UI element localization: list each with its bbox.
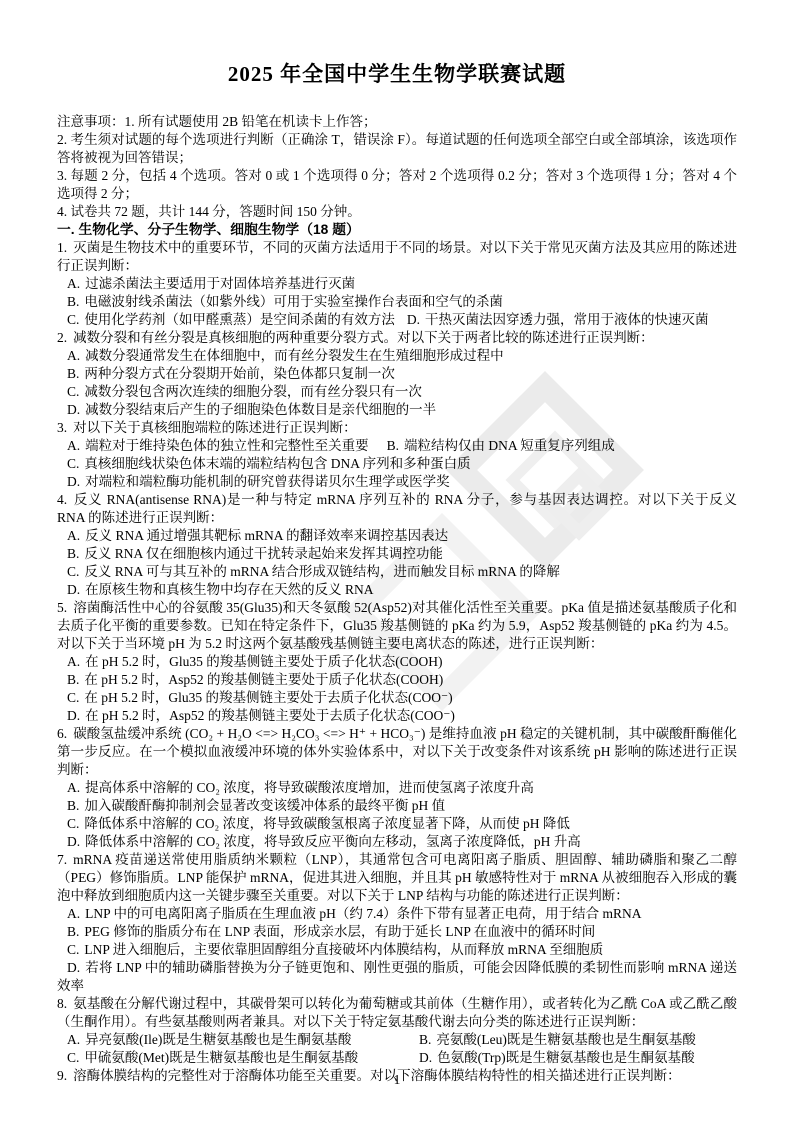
option-line: D.在 pH 5.2 时，Asp52 的羧基侧链主要处于去质子化状态(COO⁻): [57, 707, 737, 725]
question-number: 5.: [57, 600, 67, 615]
option-text: 异亮氨酸(Ile)既是生糖氨基酸也是生酮氨基酸: [85, 1032, 351, 1047]
question-8: 8.氨基酸在分解代谢过程中，其碳骨架可以转化为葡萄糖或其前体（生糖作用），或者转…: [57, 995, 737, 1067]
option-c: C.甲硫氨酸(Met)既是生糖氨基酸也是生酮氨基酸: [67, 1049, 419, 1067]
question-stem-text: mRNA 疫苗递送常使用脂质纳米颗粒（LNP），其通常包含可电离阳离子脂质、胆固…: [57, 852, 737, 903]
option-label: A.: [67, 438, 80, 453]
option-text: LNP 进入细胞后，主要依靠胆固醇组分直接破坏内体膜结构，从而释放 mRNA 至…: [84, 942, 603, 957]
option-text: 干热灭菌法因穿透力强，常用于液体的快速灭菌: [425, 312, 709, 327]
option-text: 过滤杀菌法主要适用于对固体培养基进行灭菌: [85, 276, 355, 291]
option-label: A.: [67, 906, 80, 921]
question-1: 1.灭菌是生物技术中的重要环节，不同的灭菌方法适用于不同的场景。对以下关于常见灭…: [57, 239, 737, 329]
option-label: C.: [67, 1050, 79, 1065]
option-label: B.: [67, 546, 79, 561]
option-label: A.: [67, 528, 80, 543]
option-text: PEG 修饰的脂质分布在 LNP 表面，形成亲水层，有助于延长 LNP 在血液中…: [84, 924, 595, 939]
question-6: 6.碳酸氢盐缓冲系统 (CO₂ + H₂O <=> H₂CO₃ <=> H⁺ +…: [57, 725, 737, 851]
option-text: 真核细胞线状染色体末端的端粒结构包含 DNA 序列和多种蛋白质: [84, 456, 470, 471]
question-7: 7.mRNA 疫苗递送常使用脂质纳米颗粒（LNP），其通常包含可电离阳离子脂质、…: [57, 851, 737, 995]
question-5: 5.溶菌酶活性中心的谷氨酸 35(Glu35)和天冬氨酸 52(Asp52)对其…: [57, 599, 737, 725]
option-text: 降低体系中溶解的 CO₂ 浓度，将导致碳酸氢根离子浓度显著下降，从而使 pH 降…: [84, 816, 569, 831]
option-label: D.: [407, 312, 420, 327]
option-text: 提高体系中溶解的 CO₂ 浓度，将导致碳酸浓度增加，进而使氢离子浓度升高: [85, 780, 534, 795]
option-text: 在 pH 5.2 时，Glu35 的羧基侧链主要处于去质子化状态(COO⁻): [84, 690, 452, 705]
option-label: B.: [67, 924, 79, 939]
option-label: A.: [67, 654, 80, 669]
option-label: B.: [67, 798, 79, 813]
option-label: D.: [67, 582, 80, 597]
question-stem: 8.氨基酸在分解代谢过程中，其碳骨架可以转化为葡萄糖或其前体（生糖作用），或者转…: [57, 995, 737, 1031]
notice-line-3: 3. 每题 2 分，包括 4 个选项。答对 0 或 1 个选项得 0 分；答对 …: [57, 167, 737, 203]
question-stem: 7.mRNA 疫苗递送常使用脂质纳米颗粒（LNP），其通常包含可电离阳离子脂质、…: [57, 851, 737, 905]
option-line: B.两种分裂方式在分裂期开始前，染色体都只复制一次: [57, 365, 737, 383]
option-label: D.: [67, 474, 80, 489]
option-line: B.反义 RNA 仅在细胞核内通过干扰转录起始来发挥其调控功能: [57, 545, 737, 563]
option-line: D.在原核生物和真核生物中均存在天然的反义 RNA: [57, 581, 737, 599]
question-4: 4.反义 RNA(antisense RNA)是一种与特定 mRNA 序列互补的…: [57, 491, 737, 599]
option-label: C.: [67, 312, 79, 327]
option-label: D.: [67, 708, 80, 723]
option-text: LNP 中的可电离阳离子脂质在生理血液 pH（约 7.4）条件下带有显著正电荷，…: [85, 906, 641, 921]
option-line: A.端粒对于维持染色体的独立性和完整性至关重要B.端粒结构仅由 DNA 短重复序…: [57, 437, 737, 455]
option-text: 端粒对于维持染色体的独立性和完整性至关重要: [85, 438, 369, 453]
option-line: B.在 pH 5.2 时，Asp52 的羧基侧链主要处于质子化状态(COOH): [57, 671, 737, 689]
option-label: C.: [67, 384, 79, 399]
option-text: 反义 RNA 通过增强其靶标 mRNA 的翻译效率来调控基因表达: [85, 528, 448, 543]
question-number: 8.: [57, 996, 67, 1011]
option-text: 在原核生物和真核生物中均存在天然的反义 RNA: [85, 582, 373, 597]
option-label: C.: [67, 690, 79, 705]
option-line: B.PEG 修饰的脂质分布在 LNP 表面，形成亲水层，有助于延长 LNP 在血…: [57, 923, 737, 941]
question-stem-text: 减数分裂和有丝分裂是真核细胞的两种重要分裂方式。对以下关于两者比较的陈述进行正误…: [73, 330, 654, 345]
question-stem: 2.减数分裂和有丝分裂是真核细胞的两种重要分裂方式。对以下关于两者比较的陈述进行…: [57, 329, 737, 347]
option-d: D.干热灭菌法因穿透力强，常用于液体的快速灭菌: [407, 312, 709, 327]
option-line: D.降低体系中溶解的 CO₂ 浓度，将导致反应平衡向左移动，氢离子浓度降低，pH…: [57, 833, 737, 851]
option-text: 反义 RNA 可与其互补的 mRNA 结合形成双链结构，进而触发目标 mRNA …: [84, 564, 560, 579]
option-line: B.电磁波射线杀菌法（如紫外线）可用于实验室操作台表面和空气的杀菌: [57, 293, 737, 311]
question-3: 3.对以下关于真核细胞端粒的陈述进行正误判断： A.端粒对于维持染色体的独立性和…: [57, 419, 737, 491]
page-number: 1: [0, 1072, 794, 1088]
notice-line-4: 4. 试卷共 72 题，共计 144 分，答题时间 150 分钟。: [57, 203, 737, 221]
question-stem: 3.对以下关于真核细胞端粒的陈述进行正误判断：: [57, 419, 737, 437]
option-label: D.: [67, 834, 80, 849]
question-stem-text: 氨基酸在分解代谢过程中，其碳骨架可以转化为葡萄糖或其前体（生糖作用），或者转化为…: [57, 996, 737, 1029]
question-number: 4.: [57, 492, 67, 507]
option-text: 两种分裂方式在分裂期开始前，染色体都只复制一次: [84, 366, 395, 381]
option-text: 在 pH 5.2 时，Asp52 的羧基侧链主要处于质子化状态(COOH): [84, 672, 443, 687]
option-line: A.过滤杀菌法主要适用于对固体培养基进行灭菌: [57, 275, 737, 293]
question-stem: 5.溶菌酶活性中心的谷氨酸 35(Glu35)和天冬氨酸 52(Asp52)对其…: [57, 599, 737, 653]
option-line: C.减数分裂包含两次连续的细胞分裂，而有丝分裂只有一次: [57, 383, 737, 401]
question-stem: 6.碳酸氢盐缓冲系统 (CO₂ + H₂O <=> H₂CO₃ <=> H⁺ +…: [57, 725, 737, 779]
option-label: A.: [67, 348, 80, 363]
option-line: A.异亮氨酸(Ile)既是生糖氨基酸也是生酮氨基酸B.亮氨酸(Leu)既是生糖氨…: [57, 1031, 737, 1049]
question-stem-text: 反义 RNA(antisense RNA)是一种与特定 mRNA 序列互补的 R…: [57, 492, 737, 525]
document-content: 2025 年全国中学生生物学联赛试题 注意事项：1. 所有试题使用 2B 铅笔在…: [0, 0, 794, 1085]
option-label: A.: [67, 276, 80, 291]
option-label: A.: [67, 780, 80, 795]
option-label: C.: [67, 816, 79, 831]
option-text: 电磁波射线杀菌法（如紫外线）可用于实验室操作台表面和空气的杀菌: [84, 294, 503, 309]
option-line: C.降低体系中溶解的 CO₂ 浓度，将导致碳酸氢根离子浓度显著下降，从而使 pH…: [57, 815, 737, 833]
option-label: B.: [387, 438, 399, 453]
option-label: D.: [419, 1050, 432, 1065]
question-stem: 4.反义 RNA(antisense RNA)是一种与特定 mRNA 序列互补的…: [57, 491, 737, 527]
option-text: 反义 RNA 仅在细胞核内通过干扰转录起始来发挥其调控功能: [84, 546, 443, 561]
section-heading: 一. 生物化学、分子生物学、细胞生物学（18 题）: [57, 221, 737, 239]
option-text: 端粒结构仅由 DNA 短重复序列组成: [404, 438, 615, 453]
question-stem-text: 灭菌是生物技术中的重要环节，不同的灭菌方法适用于不同的场景。对以下关于常见灭菌方…: [57, 240, 737, 273]
option-line: C.反义 RNA 可与其互补的 mRNA 结合形成双链结构，进而触发目标 mRN…: [57, 563, 737, 581]
option-d: D.色氨酸(Trp)既是生糖氨基酸也是生酮氨基酸: [419, 1050, 695, 1065]
option-text: 色氨酸(Trp)既是生糖氨基酸也是生酮氨基酸: [437, 1050, 695, 1065]
question-number: 2.: [57, 330, 67, 345]
page-title: 2025 年全国中学生生物学联赛试题: [57, 58, 737, 88]
option-text: 甲硫氨酸(Met)既是生糖氨基酸也是生酮氨基酸: [84, 1050, 358, 1065]
option-b: B.亮氨酸(Leu)既是生糖氨基酸也是生酮氨基酸: [419, 1032, 696, 1047]
question-stem-text: 溶菌酶活性中心的谷氨酸 35(Glu35)和天冬氨酸 52(Asp52)对其催化…: [57, 600, 737, 651]
option-line: D.对端粒和端粒酶功能机制的研究曾获得诺贝尔生理学或医学奖: [57, 473, 737, 491]
option-label: B.: [67, 672, 79, 687]
question-stem-text: 碳酸氢盐缓冲系统 (CO₂ + H₂O <=> H₂CO₃ <=> H⁺ + H…: [57, 726, 737, 777]
question-number: 6.: [57, 726, 67, 741]
option-a: A.异亮氨酸(Ile)既是生糖氨基酸也是生酮氨基酸: [67, 1031, 419, 1049]
notice-line-1: 注意事项：1. 所有试题使用 2B 铅笔在机读卡上作答；: [57, 113, 737, 131]
option-line: C.真核细胞线状染色体末端的端粒结构包含 DNA 序列和多种蛋白质: [57, 455, 737, 473]
question-stem-text: 对以下关于真核细胞端粒的陈述进行正误判断：: [73, 420, 357, 435]
option-text: 减数分裂结束后产生的子细胞染色体数目是亲代细胞的一半: [85, 402, 436, 417]
question-2: 2.减数分裂和有丝分裂是真核细胞的两种重要分裂方式。对以下关于两者比较的陈述进行…: [57, 329, 737, 419]
option-text: 使用化学药剂（如甲醛熏蒸）是空间杀菌的有效方法: [84, 312, 395, 327]
option-line: A.减数分裂通常发生在体细胞中，而有丝分裂发生在生殖细胞形成过程中: [57, 347, 737, 365]
question-number: 1.: [57, 240, 67, 255]
option-label: D.: [67, 402, 80, 417]
option-text: 加入碳酸酐酶抑制剂会显著改变该缓冲体系的最终平衡 pH 值: [84, 798, 445, 813]
option-label: C.: [67, 456, 79, 471]
option-label: B.: [67, 366, 79, 381]
option-text: 在 pH 5.2 时，Asp52 的羧基侧链主要处于去质子化状态(COO⁻): [85, 708, 455, 723]
question-stem: 1.灭菌是生物技术中的重要环节，不同的灭菌方法适用于不同的场景。对以下关于常见灭…: [57, 239, 737, 275]
option-text: 在 pH 5.2 时，Glu35 的羧基侧链主要处于质子化状态(COOH): [85, 654, 442, 669]
option-line: A.提高体系中溶解的 CO₂ 浓度，将导致碳酸浓度增加，进而使氢离子浓度升高: [57, 779, 737, 797]
option-text: 对端粒和端粒酶功能机制的研究曾获得诺贝尔生理学或医学奖: [85, 474, 450, 489]
option-label: B.: [67, 294, 79, 309]
option-label: A.: [67, 1032, 80, 1047]
option-line: A.反义 RNA 通过增强其靶标 mRNA 的翻译效率来调控基因表达: [57, 527, 737, 545]
option-label: D.: [67, 960, 80, 975]
option-line: A.在 pH 5.2 时，Glu35 的羧基侧链主要处于质子化状态(COOH): [57, 653, 737, 671]
option-a: A.端粒对于维持染色体的独立性和完整性至关重要: [67, 438, 369, 453]
option-line: C.使用化学药剂（如甲醛熏蒸）是空间杀菌的有效方法D.干热灭菌法因穿透力强，常用…: [57, 311, 737, 329]
option-c: C.使用化学药剂（如甲醛熏蒸）是空间杀菌的有效方法: [67, 312, 395, 327]
question-number: 3.: [57, 420, 67, 435]
option-line: D.减数分裂结束后产生的子细胞染色体数目是亲代细胞的一半: [57, 401, 737, 419]
option-text: 降低体系中溶解的 CO₂ 浓度，将导致反应平衡向左移动，氢离子浓度降低，pH 升…: [85, 834, 581, 849]
option-label: C.: [67, 564, 79, 579]
notice-section: 注意事项：1. 所有试题使用 2B 铅笔在机读卡上作答； 2. 考生须对试题的每…: [57, 113, 737, 221]
exam-page: 2025 年全国中学生生物学联赛试题 注意事项：1. 所有试题使用 2B 铅笔在…: [0, 0, 794, 1123]
option-text: 亮氨酸(Leu)既是生糖氨基酸也是生酮氨基酸: [436, 1032, 695, 1047]
option-label: C.: [67, 942, 79, 957]
notice-line-2: 2. 考生须对试题的每个选项进行判断（正确涂 T，错误涂 F）。每道试题的任何选…: [57, 131, 737, 167]
option-label: B.: [419, 1032, 431, 1047]
option-line: C.甲硫氨酸(Met)既是生糖氨基酸也是生酮氨基酸D.色氨酸(Trp)既是生糖氨…: [57, 1049, 737, 1067]
question-number: 7.: [57, 852, 67, 867]
option-line: A.LNP 中的可电离阳离子脂质在生理血液 pH（约 7.4）条件下带有显著正电…: [57, 905, 737, 923]
option-line: C.LNP 进入细胞后，主要依靠胆固醇组分直接破坏内体膜结构，从而释放 mRNA…: [57, 941, 737, 959]
option-text: 若将 LNP 中的辅助磷脂替换为分子链更饱和、刚性更强的脂质，可能会因降低膜的柔…: [57, 960, 737, 993]
option-text: 减数分裂包含两次连续的细胞分裂，而有丝分裂只有一次: [84, 384, 422, 399]
option-text: 减数分裂通常发生在体细胞中，而有丝分裂发生在生殖细胞形成过程中: [85, 348, 504, 363]
option-line: B.加入碳酸酐酶抑制剂会显著改变该缓冲体系的最终平衡 pH 值: [57, 797, 737, 815]
option-line: D.若将 LNP 中的辅助磷脂替换为分子链更饱和、刚性更强的脂质，可能会因降低膜…: [57, 959, 737, 995]
option-line: C.在 pH 5.2 时，Glu35 的羧基侧链主要处于去质子化状态(COO⁻): [57, 689, 737, 707]
option-b: B.端粒结构仅由 DNA 短重复序列组成: [387, 438, 615, 453]
